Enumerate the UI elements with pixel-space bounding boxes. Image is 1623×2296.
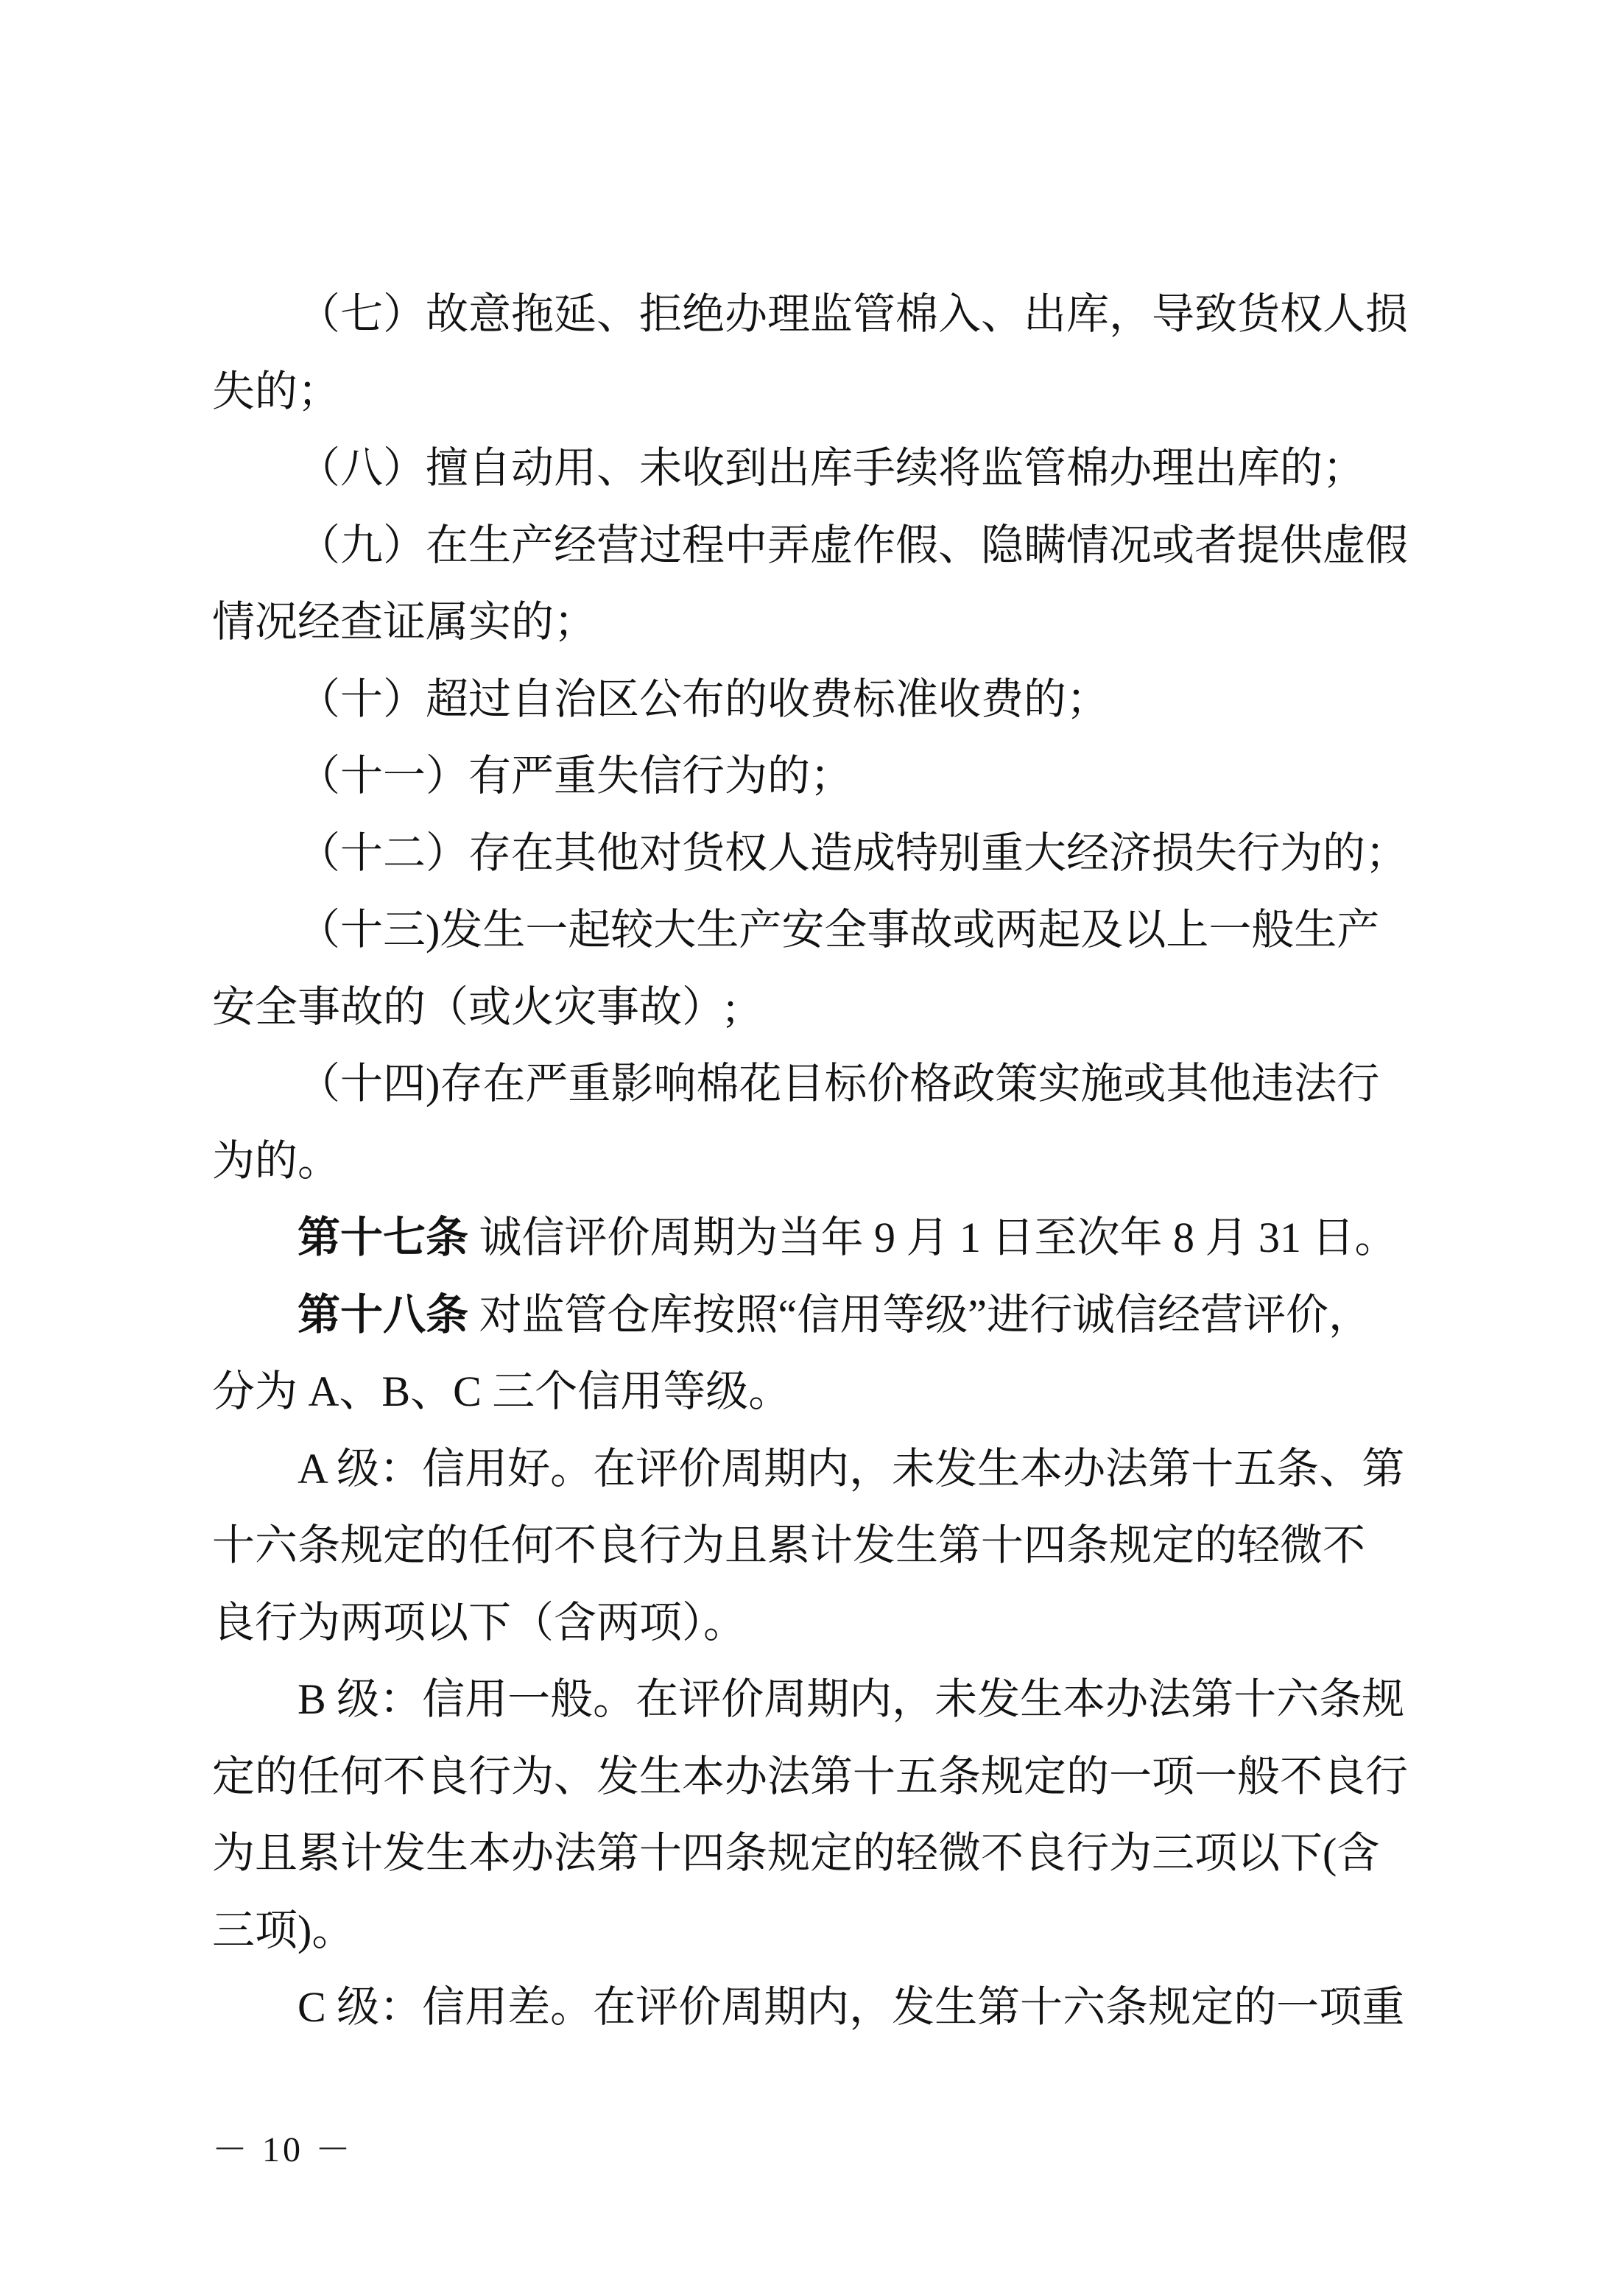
text-segment: 为的。	[212, 1137, 340, 1185]
text-body: （七）故意拖延、拒绝办理监管棉入、出库，导致货权人损失的；（八）擅自动用、未收到…	[212, 276, 1414, 2046]
text-segment: 十六条规定的任何不良行为且累计发生第十四条规定的轻微不	[212, 1521, 1365, 1569]
text-segment: 良行为两项以下（含两项）。	[212, 1599, 746, 1647]
text-segment: （七）故意拖延、拒绝办理监管棉入、出库，导致货权人损	[298, 290, 1408, 338]
text-line: 分为 A、B、C 三个信用等级。	[212, 1353, 1414, 1431]
text-line: 三项)。	[212, 1892, 1414, 1970]
text-segment: B 级：信用一般。在评价周期内，未发生本办法第十六条规	[298, 1675, 1404, 1723]
text-line: （十二）存在其他对货权人造成特别重大经济损失行为的；	[212, 815, 1414, 892]
text-line: 良行为两项以下（含两项）。	[212, 1585, 1414, 1662]
text-line: 为且累计发生本办法第十四条规定的轻微不良行为三项以下(含	[212, 1815, 1414, 1892]
text-line: 安全事故的（或火灾事故）;	[212, 969, 1414, 1046]
text-segment: 三项)。	[212, 1906, 354, 1954]
text-line: （八）擅自动用、未收到出库手续将监管棉办理出库的；	[212, 430, 1414, 507]
text-segment: （十一）有严重失信行为的；	[298, 752, 853, 800]
text-line: 情况经查证属实的；	[212, 584, 1414, 661]
article-heading: 第十七条	[298, 1214, 468, 1261]
text-segment: （十四)存在严重影响棉花目标价格政策实施或其他违法行	[298, 1060, 1379, 1107]
article-heading: 第十八条	[298, 1291, 468, 1339]
text-segment: 情况经查证属实的；	[212, 598, 596, 646]
text-line: （七）故意拖延、拒绝办理监管棉入、出库，导致货权人损	[212, 276, 1414, 353]
text-line: A 级：信用好。在评价周期内，未发生本办法第十五条、第	[212, 1431, 1414, 1508]
text-segment: （九）在生产经营过程中弄虚作假、隐瞒情况或者提供虚假	[298, 521, 1408, 569]
text-line: 为的。	[212, 1123, 1414, 1200]
text-line: 失的；	[212, 353, 1414, 431]
text-segment: 失的；	[212, 367, 340, 415]
text-segment: A 级：信用好。在评价周期内，未发生本办法第十五条、第	[298, 1445, 1404, 1493]
text-segment: 安全事故的（或火灾事故）;	[212, 983, 736, 1031]
text-line: （十）超过自治区公布的收费标准收费的；	[212, 661, 1414, 739]
text-segment: 为且累计发生本办法第十四条规定的轻微不良行为三项以下(含	[212, 1829, 1379, 1877]
text-line: （十一）有严重失信行为的；	[212, 738, 1414, 815]
text-segment: （八）擅自动用、未收到出库手续将监管棉办理出库的；	[298, 444, 1365, 492]
text-segment: （十二）存在其他对货权人造成特别重大经济损失行为的；	[298, 829, 1408, 877]
text-line: 第十八条 对监管仓库按照“信用等级”进行诚信经营评价，	[212, 1277, 1414, 1354]
document-page: （七）故意拖延、拒绝办理监管棉入、出库，导致货权人损失的；（八）擅自动用、未收到…	[0, 0, 1623, 2296]
text-line: C 级：信用差。在评价周期内，发生第十六条规定的一项重	[212, 1969, 1414, 2046]
text-segment: （十）超过自治区公布的收费标准收费的；	[298, 675, 1109, 723]
text-line: B 级：信用一般。在评价周期内，未发生本办法第十六条规	[212, 1661, 1414, 1739]
text-line: （十四)存在严重影响棉花目标价格政策实施或其他违法行	[212, 1046, 1414, 1123]
text-segment: 分为 A、B、C 三个信用等级。	[212, 1367, 791, 1415]
text-segment: （十三)发生一起较大生产安全事故或两起及以上一般生产	[298, 906, 1379, 954]
text-segment: 定的任何不良行为、发生本办法第十五条规定的一项一般不良行	[212, 1753, 1408, 1800]
text-segment: 诚信评价周期为当年 9 月 1 日至次年 8 月 31 日。	[468, 1214, 1398, 1261]
text-segment: 对监管仓库按照“信用等级”进行诚信经营评价，	[468, 1291, 1371, 1339]
page-number: － 10 －	[212, 2127, 353, 2174]
text-line: （九）在生产经营过程中弄虚作假、隐瞒情况或者提供虚假	[212, 507, 1414, 585]
text-segment: C 级：信用差。在评价周期内，发生第十六条规定的一项重	[298, 1983, 1404, 2031]
text-line: 十六条规定的任何不良行为且累计发生第十四条规定的轻微不	[212, 1507, 1414, 1585]
text-line: （十三)发生一起较大生产安全事故或两起及以上一般生产	[212, 892, 1414, 969]
text-line: 定的任何不良行为、发生本办法第十五条规定的一项一般不良行	[212, 1739, 1414, 1816]
text-line: 第十七条 诚信评价周期为当年 9 月 1 日至次年 8 月 31 日。	[212, 1200, 1414, 1277]
